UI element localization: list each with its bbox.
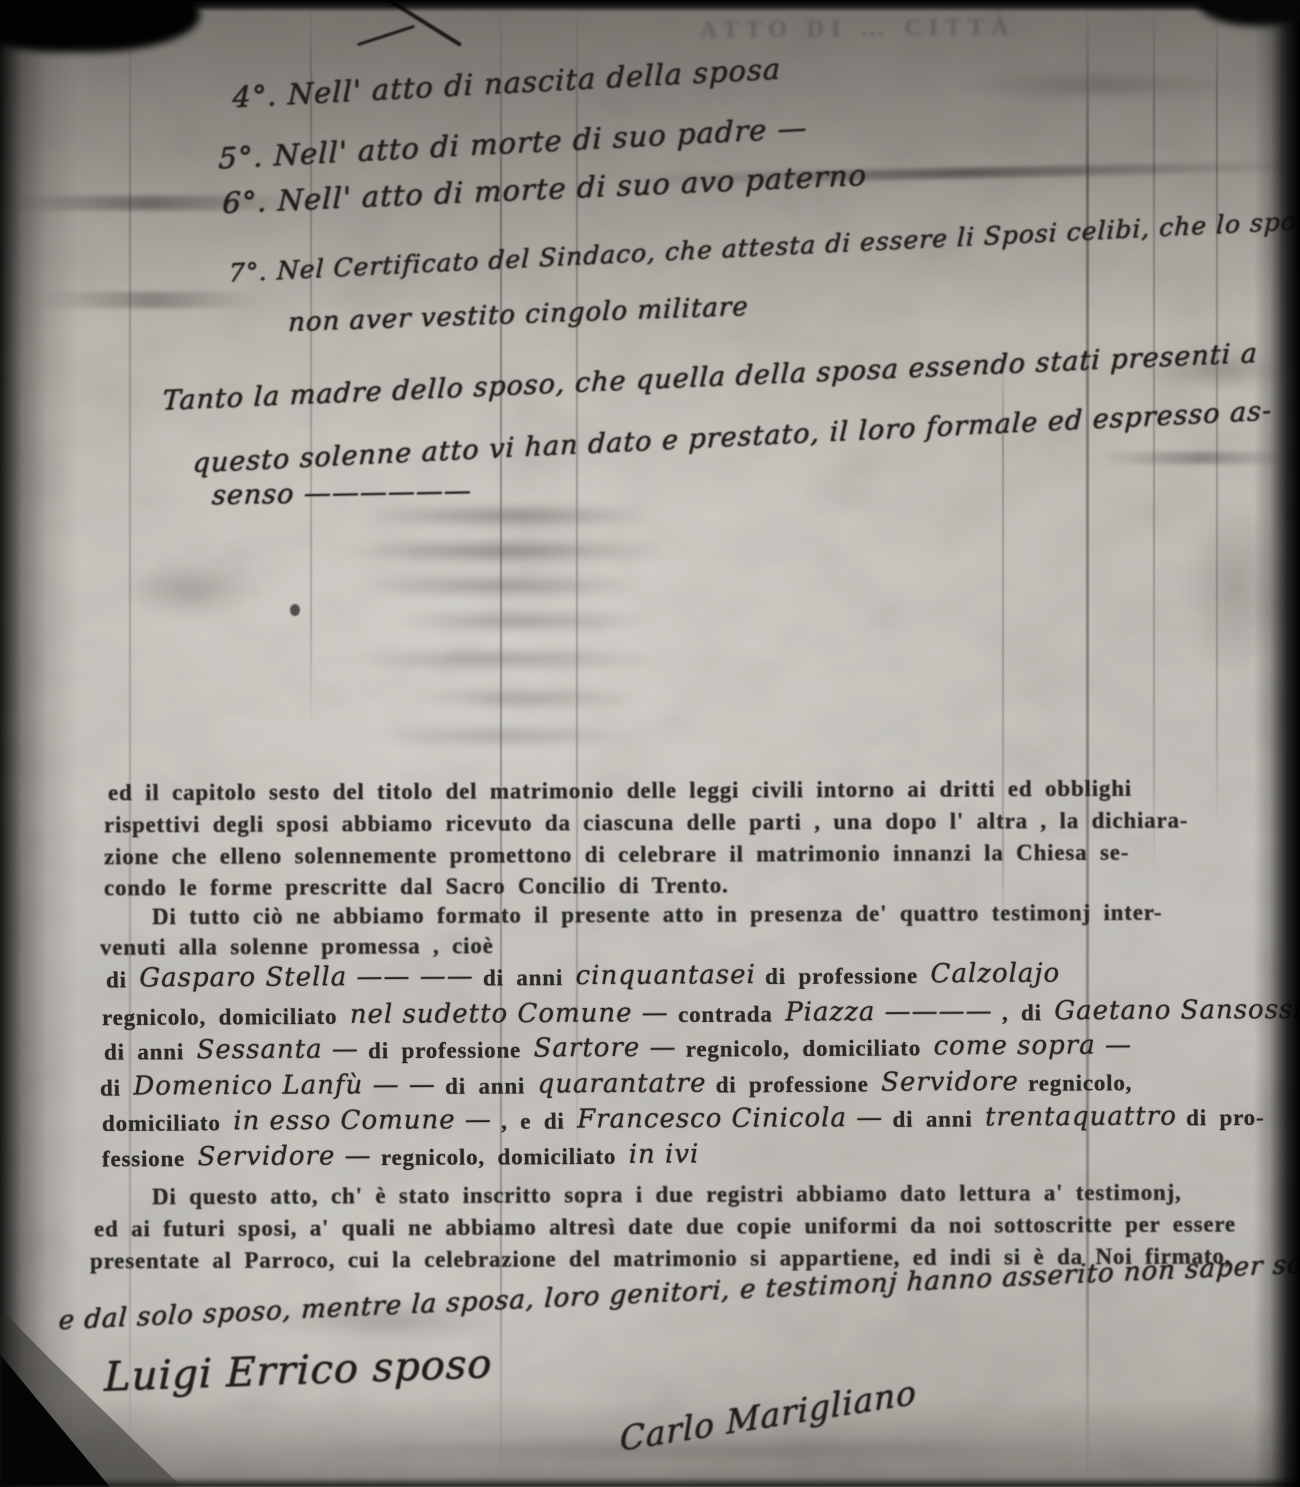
handwritten-fill: in ivi — [629, 1139, 700, 1169]
printed-form-text: domiciliato — [102, 1110, 233, 1136]
handwritten-fill: —— — [420, 962, 483, 992]
printed-form-text: regnicolo, domiciliato — [102, 1004, 350, 1030]
handwritten-fill: Servidore — — [198, 1141, 381, 1172]
printed-paragraph1-line1: ed il capitolo sesto del titolo del matr… — [108, 776, 1132, 806]
witness-line-6: fessione Servidore — regnicolo, domicili… — [102, 1140, 700, 1173]
witness-line-3: di anni Sessanta — di professione Sartor… — [104, 1031, 1132, 1066]
scan-edge-top — [0, 0, 1300, 12]
closing-printed-line2: ed ai futuri sposi, a' quali ne abbiamo … — [94, 1212, 1236, 1243]
printed-form-text: fessione — [102, 1146, 198, 1172]
handwritten-fill: Servidore — [881, 1067, 1028, 1098]
witness-line-1: di Gasparo Stella —— —— di anni cinquant… — [106, 960, 1060, 995]
printed-form-text: di anni — [892, 1106, 985, 1131]
printed-form-text: , e di — [501, 1109, 577, 1134]
printed-form-text: di — [106, 967, 139, 992]
printed-form-text: di professione — [716, 1072, 882, 1098]
handwritten-fill: Gaetano Sansossi — [1054, 995, 1300, 1026]
handwritten-item-7-continued: non aver vestito cingolo militare — [288, 292, 750, 338]
scan-edge-bottom — [0, 1477, 1300, 1487]
handwritten-fill: Calzolajo — [930, 959, 1060, 990]
handwritten-fill: Domenico Lanfù — — — [133, 1070, 445, 1102]
handwritten-fill: Piazza ———— — [785, 996, 1002, 1027]
crease-line — [1153, 0, 1155, 880]
bleed-through-smudge — [400, 688, 650, 708]
printed-paragraph1-line4: condo le forme prescritte dal Sacro Conc… — [104, 873, 729, 902]
printed-paragraph1-line2: rispettivi degli sposi abbiamo ricevuto … — [104, 808, 1188, 839]
printed-form-text: regnicolo, — [1028, 1070, 1132, 1096]
witness-line-5: domiciliato in esso Comune — , e di Fran… — [102, 1102, 1265, 1138]
bleed-through-smudge — [1180, 500, 1290, 680]
witness-line-4: di Domenico Lanfù — — di anni quarantatr… — [100, 1067, 1132, 1102]
witness-line-2: regnicolo, domiciliato nel sudetto Comun… — [102, 996, 1300, 1032]
bleed-through-smudge — [360, 726, 650, 746]
handwritten-fill: trentaquattro — [985, 1101, 1186, 1132]
handwritten-fill: Francesco Cinicola — — [577, 1103, 892, 1135]
bleed-through-smudge — [330, 540, 670, 562]
bleed-through-smudge — [350, 575, 650, 597]
handwritten-item-4: 4°. Nell' atto di nascita della sposa — [232, 52, 781, 115]
torn-corner-bottom-left — [0, 1317, 200, 1487]
closing-printed-line1: Di questo atto, ch' è stato inscritto so… — [152, 1180, 1182, 1210]
bleed-through-smudge — [120, 560, 260, 620]
bleed-through-smudge — [340, 648, 670, 670]
handwritten-fill: Gasparo Stella —— — [139, 962, 420, 993]
printed-form-text: di anni — [104, 1039, 197, 1064]
printed-form-text: di professione — [765, 963, 931, 989]
printed-form-text: , di — [1002, 1000, 1055, 1025]
bleed-through-smudge — [360, 505, 660, 527]
printed-form-text: di pro- — [1186, 1105, 1264, 1130]
handwritten-fill: Sessanta — — [196, 1034, 368, 1065]
handwritten-fill: nel sudetto Comune — — [350, 998, 678, 1030]
scan-corner-top-left — [0, 0, 200, 52]
printed-form-text: contrada — [678, 1002, 785, 1028]
fold-shadow — [40, 292, 260, 308]
handwritten-fill: quarantatre — [538, 1068, 716, 1099]
printed-form-text: regnicolo, domiciliato — [381, 1144, 629, 1170]
bleed-through-smudge — [950, 70, 1250, 100]
faint-header-text: ATTO DI … CITTÀ — [700, 14, 1016, 44]
printed-form-text: di anni — [483, 965, 576, 990]
printed-form-text: di professione — [368, 1037, 534, 1063]
handwritten-fill: come sopra — — [934, 1030, 1133, 1061]
scanned-page: ATTO DI … CITTÀ 4°. Nell' atto di nascit… — [0, 0, 1300, 1487]
bleed-through-smudge — [380, 610, 660, 632]
printed-paragraph2-line2: venuti alla solenne promessa , cioè — [100, 933, 494, 961]
printed-paragraph2-line1: Di tutto ciò ne abbiamo formato il prese… — [152, 900, 1162, 930]
consent-note-line-3: senso —————— — [211, 476, 473, 512]
handwritten-item-7: 7°. Nel Certificato del Sindaco, che att… — [228, 205, 1300, 288]
pen-stroke — [357, 25, 415, 46]
printed-form-text: di — [100, 1076, 133, 1101]
fold-shadow — [1100, 452, 1300, 464]
handwritten-fill: in esso Comune — — [233, 1105, 501, 1136]
pen-stroke — [360, 0, 462, 47]
book-binding-shadow-left — [0, 0, 78, 1487]
handwritten-fill: cinquantasei — [576, 960, 766, 991]
scan-shadow-top — [0, 0, 1300, 330]
handwritten-fill: Sartore — — [534, 1033, 686, 1064]
signature-official: Carlo Marigliano — [620, 1372, 917, 1458]
scan-corner-top-right — [1198, 0, 1300, 26]
printed-form-text: regnicolo, domiciliato — [686, 1035, 934, 1061]
ink-spot — [290, 604, 300, 616]
printed-form-text: di anni — [445, 1073, 538, 1098]
signature-groom: Luigi Errico sposo — [104, 1341, 493, 1401]
printed-paragraph1-line3: zione che elleno solennemente promettono… — [104, 840, 1129, 870]
